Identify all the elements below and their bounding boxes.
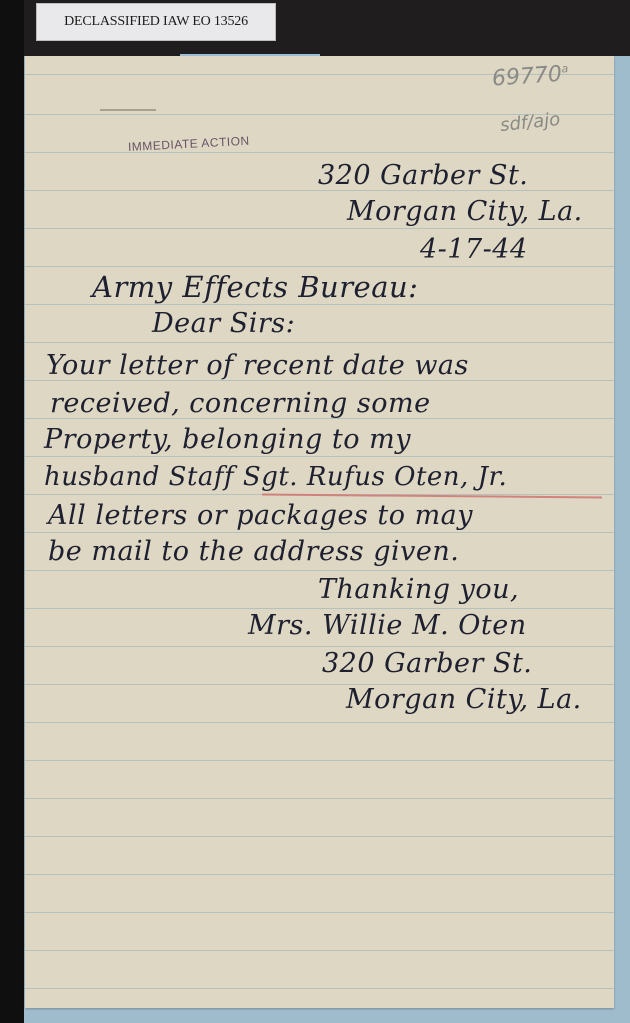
- signature-address-city: Morgan City, La.: [346, 684, 582, 715]
- body-line-2: received, concerning some: [50, 388, 431, 419]
- body-line-4: husband Staff Sgt. Rufus Oten, Jr.: [44, 462, 507, 492]
- body-line-6: be mail to the address given.: [48, 536, 459, 567]
- file-number-annotation: 69770a: [491, 61, 569, 91]
- closing: Thanking you,: [318, 574, 519, 605]
- pencil-dash-mark: [100, 109, 156, 111]
- declassification-label: DECLASSIFIED IAW EO 13526: [36, 3, 276, 41]
- body-line-5: All letters or packages to may: [48, 500, 473, 531]
- body-line-3: Property, belonging to my: [44, 424, 411, 455]
- signature-address-street: 320 Garber St.: [322, 648, 532, 679]
- file-number: 69770: [491, 62, 563, 92]
- return-address-city: Morgan City, La.: [347, 196, 583, 227]
- body-line-1: Your letter of recent date was: [46, 350, 469, 381]
- scan-left-edge: [0, 0, 24, 1023]
- recipient-line: Army Effects Bureau:: [92, 270, 418, 304]
- signature: Mrs. Willie M. Oten: [248, 610, 527, 641]
- salutation: Dear Sirs:: [152, 308, 295, 339]
- return-address-street: 320 Garber St.: [318, 160, 528, 191]
- letter-date: 4-17-44: [420, 234, 528, 265]
- file-number-suffix: a: [561, 62, 569, 75]
